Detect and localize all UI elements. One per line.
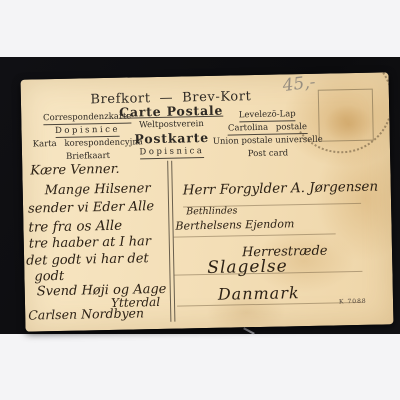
header-column-right: Levelezö-Lap Cartolina postale Union pos… (199, 107, 336, 161)
address-country: Danmark (218, 283, 300, 304)
address-line: Bethlindes (186, 205, 238, 217)
center-divider-line (167, 161, 175, 322)
message-sender-address: Carlsen Nordbyen (28, 305, 144, 322)
message-line: tre haaber at I har (29, 234, 151, 251)
label-weltpostverein: Weltpostverein (139, 119, 204, 130)
address-line: Berthelsens Ejendom (175, 217, 294, 232)
label-dopisnica: Dopisnica (139, 146, 204, 159)
postcard-scan: 45,- Brefkort—Brev-Kort Correspondenzkar… (0, 0, 400, 400)
label-postkarte: Postkarte (134, 129, 209, 145)
message-line: Kære Venner. (30, 162, 120, 179)
label-post-card: Post card (248, 148, 289, 159)
message-line: Mange Hilsener (45, 181, 151, 198)
address-recipient-name: Herr Forgylder A. Jørgensen (183, 179, 379, 199)
message-line: sender vi Eder Alle (28, 199, 154, 217)
label-union-postale-universelle: Union postale universelle (213, 135, 323, 147)
message-line: tre fra os Alle (28, 218, 122, 236)
label-briefkaart: Briefkaart (66, 150, 110, 161)
message-line: godt (34, 269, 64, 285)
address-rule-line (174, 233, 336, 237)
message-line: det godt vi har det (26, 251, 149, 268)
publisher-code: K 7088 (339, 298, 367, 306)
postcard-back: 45,- Brefkort—Brev-Kort Correspondenzkar… (21, 72, 394, 331)
address-city: Slagelse (207, 256, 288, 278)
